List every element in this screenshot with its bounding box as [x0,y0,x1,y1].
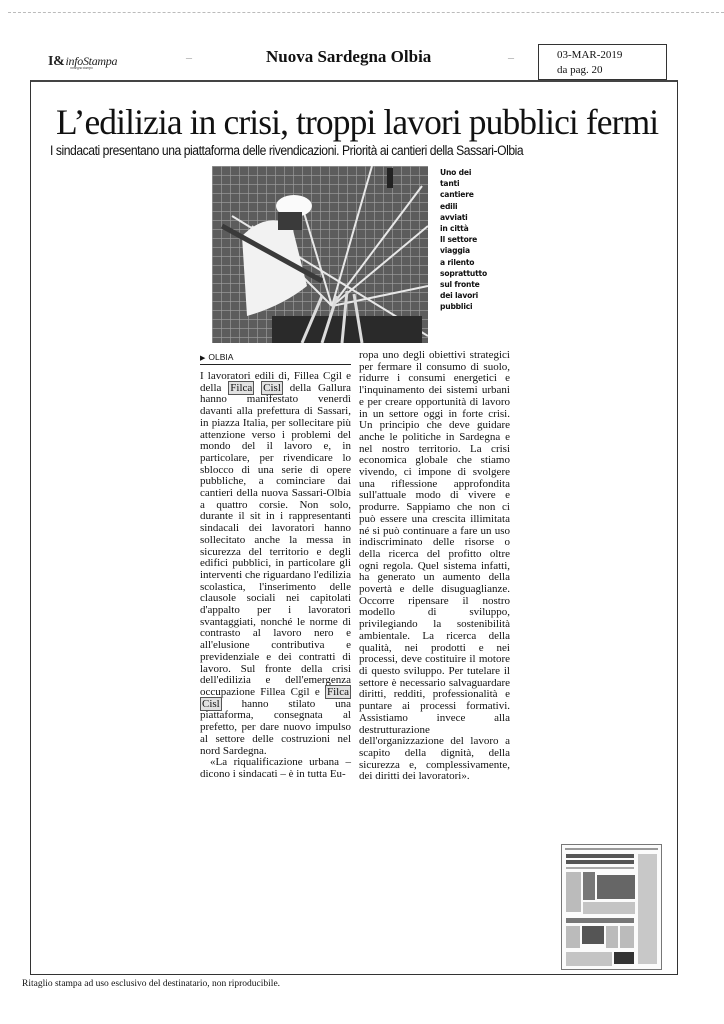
separator-dash: – [508,50,514,65]
scan-top-edge [8,12,724,13]
paragraph: I lavoratori edili di, Fillea Cgil e del… [200,371,351,757]
caption-line: sul fronte [440,279,515,290]
caption-line: in città [440,223,515,234]
caption-line: viaggia [440,245,515,256]
publication-name: Nuova Sardegna Olbia [266,47,431,67]
caption-line: avviati [440,212,515,223]
logo-mark: I& [48,54,65,69]
caption-line: pubblici [440,301,515,312]
date-box: 03-MAR-2019 da pag. 20 [538,44,667,80]
triangle-bullet-icon: ▶ [200,355,205,362]
caption-line: a rilento [440,257,515,268]
article-column-2: ropa uno degli obiettivi strategici per … [359,350,510,783]
page-reference: da pag. 20 [557,64,603,76]
footer-disclaimer: Ritaglio stampa ad uso esclusivo del des… [22,979,280,989]
caption-line: Il settore [440,234,515,245]
photo-image [212,166,428,343]
infostampa-logo: I&infoStampa rassegna stampa [48,54,117,70]
publication-date: 03-MAR-2019 [557,49,622,61]
caption-line: dei lavori [440,290,515,301]
paragraph: ropa uno degli obiettivi strategici per … [359,350,510,783]
caption-line: edili [440,201,515,212]
article-headline: L’edilizia in crisi, troppi lavori pubbl… [56,101,658,143]
text-run: della Gallura hanno manifestato venerdì … [200,382,351,698]
caption-line: cantiere [440,189,515,200]
caption-line: tanti [440,178,515,189]
thumbnail-image [562,845,661,969]
page-thumbnail [561,844,662,970]
text-run: hanno stilato una piattaforma, consegnat… [200,698,351,757]
caption-line: Uno dei [440,167,515,178]
article-column-1: I lavoratori edili di, Fillea Cgil e del… [200,371,351,781]
paragraph: «La riqualificazione urbana – dicono i s… [200,757,351,780]
caption-line: soprattutto [440,268,515,279]
separator-dash: – [186,50,192,65]
photo-caption: Uno dei tanti cantiere edili avviati in … [440,167,515,313]
construction-worker-photo [212,166,428,343]
article-subheadline: I sindacati presentano una piattaforma d… [50,143,523,158]
kicker-label: OLBIA [208,352,233,362]
logo-subtext: rassegna stampa [70,65,93,70]
section-kicker: ▶OLBIA [200,352,351,365]
